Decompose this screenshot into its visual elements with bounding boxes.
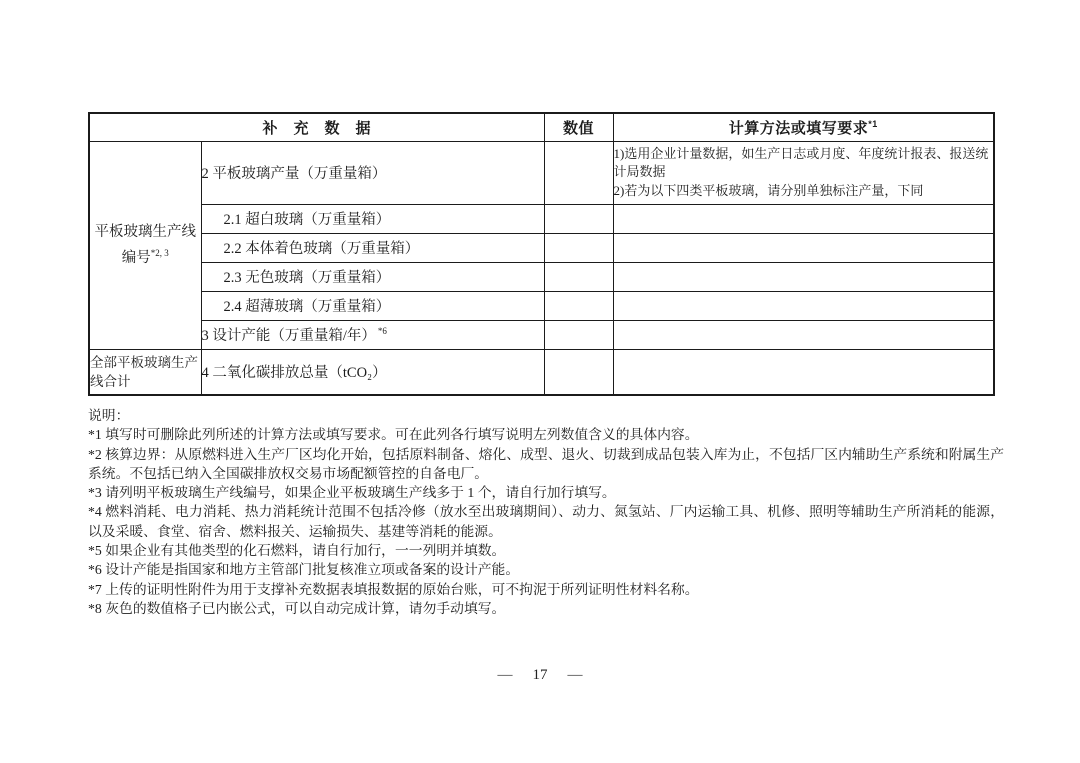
col-header-value: 数值 [544,113,613,141]
value-cell [544,262,613,291]
value-cell [544,233,613,262]
supplementary-data-table: 补 充 数 据 数值 计算方法或填写要求*1 平板玻璃生产线 编号*2, 3 2… [88,112,995,396]
col-header-method-label: 计算方法或填写要求 [729,120,869,137]
note-5: *5 如果企业有其他类型的化石燃料，请自行加行，一一列明并填数。 [88,541,1004,560]
table-row: 2.1 超白玻璃（万重量箱） [89,204,994,233]
col-header-supplementary-data: 补 充 数 据 [89,113,544,141]
item-label-design-capacity: 3 设计产能（万重量箱/年）*6 [201,320,544,349]
page-number: 17 [533,667,548,684]
value-cell [544,204,613,233]
notes-section: 说明： *1 填写时可删除此列所述的计算方法或填写要求。可在此列各行填写说明左列… [88,406,1004,618]
group-label-line1: 平板玻璃生产线 [90,222,201,243]
table-row: 3 设计产能（万重量箱/年）*6 [89,320,994,349]
group-label-production-line: 平板玻璃生产线 编号*2, 3 [89,141,201,349]
item-label-flat-glass-output: 2 平板玻璃产量（万重量箱） [201,141,544,204]
method-cell [613,204,994,233]
value-cell [544,291,613,320]
method-cell [613,320,994,349]
value-cell [544,320,613,349]
method-line-1: 1)选用企业计量数据，如生产日志或月度、年度统计报表、报送统计局数据 [614,145,994,182]
footer-left-dash: — [498,667,513,684]
item-label-body-tinted-glass: 2.2 本体着色玻璃（万重量箱） [201,233,544,262]
document-page: 补 充 数 据 数值 计算方法或填写要求*1 平板玻璃生产线 编号*2, 3 2… [0,0,1080,763]
note-7: *7 上传的证明性附件为用于支撑补充数据表填报数据的原始台账，可不拘泥于所列证明… [88,580,1004,599]
method-header-footnote-mark: *1 [868,119,878,129]
page-footer: — 17 — [0,667,1080,684]
method-line-2: 2)若为以下四类平板玻璃，请分别单独标注产量，下同 [614,182,994,201]
note-6: *6 设计产能是指国家和地方主管部门批复核准立项或备案的设计产能。 [88,560,1004,579]
table-row: 2.4 超薄玻璃（万重量箱） [89,291,994,320]
value-cell [544,141,613,204]
col-header-method: 计算方法或填写要求*1 [613,113,994,141]
design-capacity-footnote-mark: *6 [378,326,387,336]
item-label-ultra-thin-glass: 2.4 超薄玻璃（万重量箱） [201,291,544,320]
method-cell [613,291,994,320]
note-4: *4 燃料消耗、电力消耗、热力消耗统计范围不包括冷修（放水至出玻璃期间）、动力、… [88,502,1004,541]
note-2: *2 核算边界：从原燃料进入生产厂区均化开始，包括原料制备、熔化、成型、退火、切… [88,445,1004,484]
footer-right-dash: — [568,667,583,684]
method-cell [613,233,994,262]
method-cell: 1)选用企业计量数据，如生产日志或月度、年度统计报表、报送统计局数据 2)若为以… [613,141,994,204]
table-row: 全部平板玻璃生产线合计 4 二氧化碳排放总量（tCO₂） [89,349,994,395]
group-label-line2: 编号*2, 3 [90,243,201,269]
method-cell [613,262,994,291]
table-header-row: 补 充 数 据 数值 计算方法或填写要求*1 [89,113,994,141]
item-label-ultra-clear-glass: 2.1 超白玻璃（万重量箱） [201,204,544,233]
notes-title: 说明： [88,406,1004,425]
group-label-all-lines-total: 全部平板玻璃生产线合计 [89,349,201,395]
item-label-colorless-glass: 2.3 无色玻璃（万重量箱） [201,262,544,291]
item-label-total-co2-emissions: 4 二氧化碳排放总量（tCO₂） [201,349,544,395]
group-label-footnote-mark: *2, 3 [151,248,169,258]
table-row: 2.3 无色玻璃（万重量箱） [89,262,994,291]
table-row: 平板玻璃生产线 编号*2, 3 2 平板玻璃产量（万重量箱） 1)选用企业计量数… [89,141,994,204]
note-8: *8 灰色的数值格子已内嵌公式，可以自动完成计算，请勿手动填写。 [88,599,1004,618]
note-1: *1 填写时可删除此列所述的计算方法或填写要求。可在此列各行填写说明左列数值含义… [88,425,1004,444]
table-row: 2.2 本体着色玻璃（万重量箱） [89,233,994,262]
value-cell [544,349,613,395]
note-3: *3 请列明平板玻璃生产线编号，如果企业平板玻璃生产线多于 1 个，请自行加行填… [88,483,1004,502]
method-cell [613,349,994,395]
